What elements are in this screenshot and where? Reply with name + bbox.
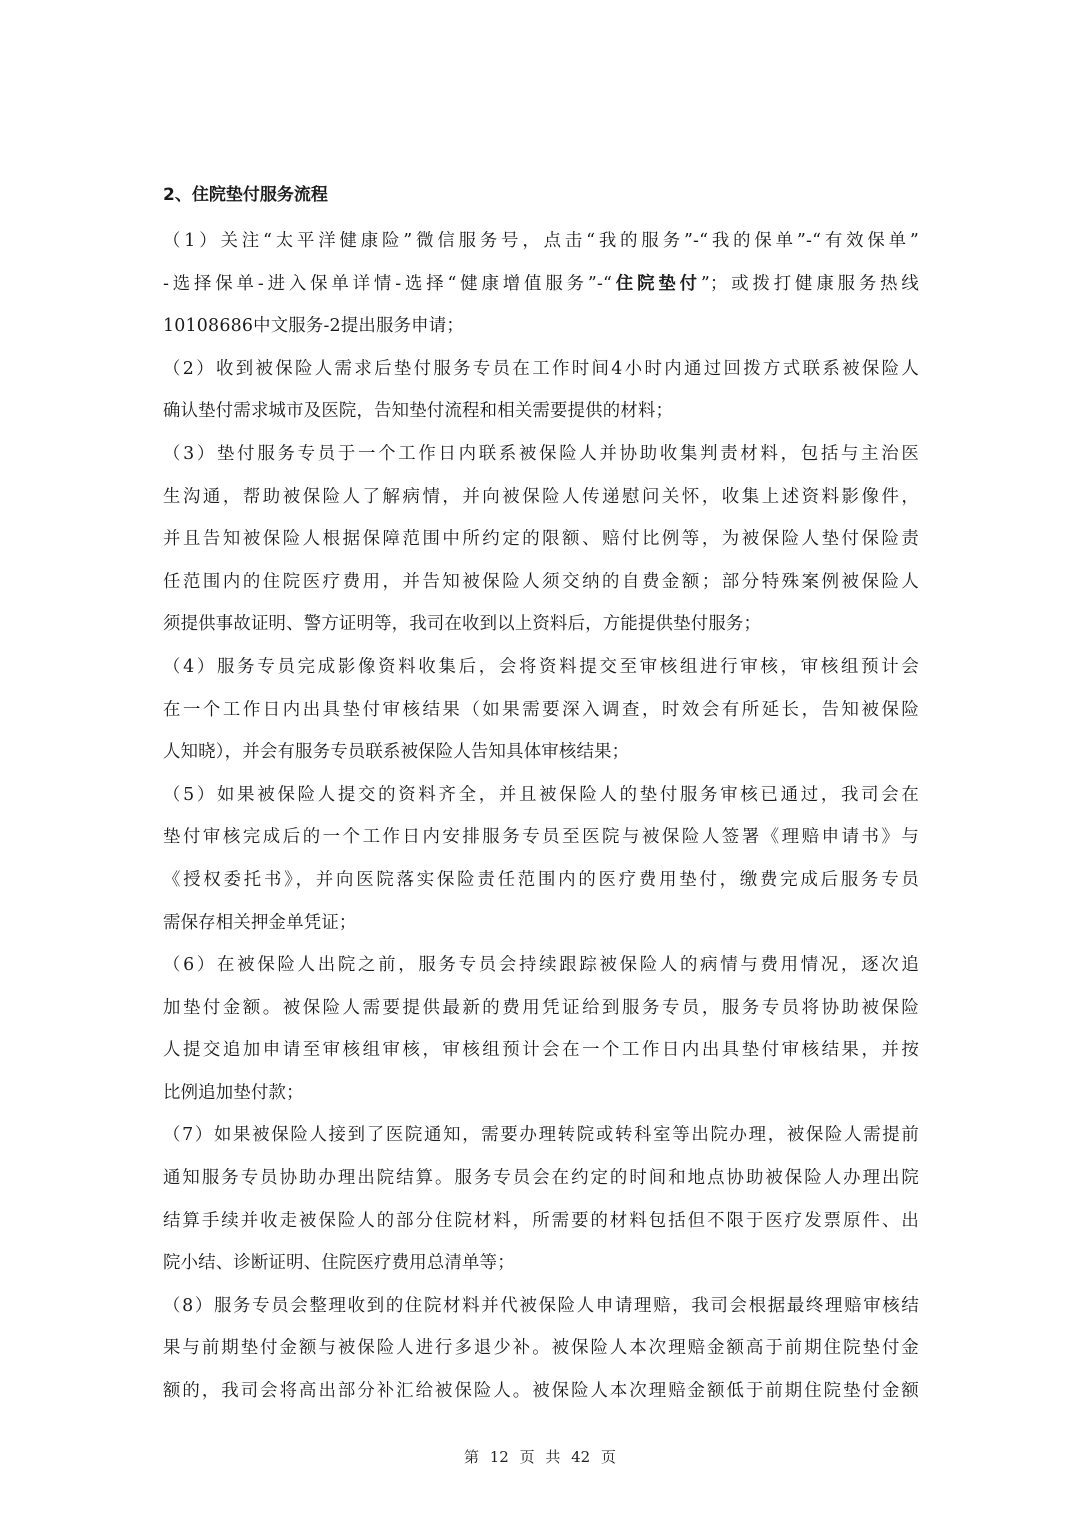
bold-term: 住院垫付 <box>612 274 701 294</box>
text-line: 院小结、诊断证明、住院医疗费用总清单等； <box>163 1242 919 1285</box>
text-line: 生沟通，帮助被保险人了解病情，并向被保险人传递慰问关怀，收集上述资料影像件， <box>163 476 919 519</box>
text-line: 加垫付金额。被保险人需要提供最新的费用凭证给到服务专员，服务专员将协助被保险 <box>163 987 919 1030</box>
text-line: 通知服务专员协助办理出院结算。服务专员会在约定的时间和地点协助被保险人办理出院 <box>163 1157 919 1200</box>
text-line: （3）垫付服务专员于一个工作日内联系被保险人并协助收集判责材料，包括与主治医 <box>163 433 919 476</box>
paragraph-step-6: （6）在被保险人出院之前，服务专员会持续跟踪被保险人的病情与费用情况，逐次追 加… <box>163 944 919 1114</box>
text-line: 确认垫付需求城市及医院，告知垫付流程和相关需要提供的材料； <box>163 390 919 433</box>
text-line: 在一个工作日内出具垫付审核结果（如果需要深入调查，时效会有所延长，告知被保险 <box>163 689 919 732</box>
text-line: 需保存相关押金单凭证； <box>163 902 919 945</box>
text-line: 人提交追加申请至审核组审核，审核组预计会在一个工作日内出具垫付审核结果，并按 <box>163 1029 919 1072</box>
text-line: （4）服务专员完成影像资料收集后，会将资料提交至审核组进行审核，审核组预计会 <box>163 646 919 689</box>
paragraph-step-1: （1）关注“太平洋健康险”微信服务号，点击“我的服务”-“我的保单”-“有效保单… <box>163 220 919 348</box>
text-span: -选择保单-进入保单详情-选择“健康增值服务”-“ <box>163 274 612 294</box>
text-line: 须提供事故证明、警方证明等，我司在收到以上资料后，方能提供垫付服务； <box>163 603 919 646</box>
text-line: 结算手续并收走被保险人的部分住院材料，所需要的材料包括但不限于医疗发票原件、出 <box>163 1200 919 1243</box>
text-line: 果与前期垫付金额与被保险人进行多退少补。被保险人本次理赔金额高于前期住院垫付金 <box>163 1327 919 1370</box>
paragraph-step-2: （2）收到被保险人需求后垫付服务专员在工作时间4小时内通过回拨方式联系被保险人 … <box>163 348 919 433</box>
text-line: 10108686中文服务-2提出服务申请； <box>163 305 919 348</box>
text-line: （7）如果被保险人接到了医院通知，需要办理转院或转科室等出院办理，被保险人需提前 <box>163 1114 919 1157</box>
text-line: （6）在被保险人出院之前，服务专员会持续跟踪被保险人的病情与费用情况，逐次追 <box>163 944 919 987</box>
text-line: 《授权委托书》，并向医院落实保险责任范围内的医疗费用垫付，缴费完成后服务专员 <box>163 859 919 902</box>
text-line: （8）服务专员会整理收到的住院材料并代被保险人申请理赔，我司会根据最终理赔审核结 <box>163 1285 919 1328</box>
text-line: 任范围内的住院医疗费用，并告知被保险人须交纳的自费金额；部分特殊案例被保险人 <box>163 561 919 604</box>
text-line: 并且告知被保险人根据保障范围中所约定的限额、赔付比例等，为被保险人垫付保险责 <box>163 518 919 561</box>
text-span: ”；或拨打健康服务热线 <box>701 274 919 294</box>
text-line: （1）关注“太平洋健康险”微信服务号，点击“我的服务”-“我的保单”-“有效保单… <box>163 220 919 263</box>
text-line: 额的，我司会将高出部分补汇给被保险人。被保险人本次理赔金额低于前期住院垫付金额 <box>163 1370 919 1413</box>
paragraph-step-4: （4）服务专员完成影像资料收集后，会将资料提交至审核组进行审核，审核组预计会 在… <box>163 646 919 774</box>
text-line: （5）如果被保险人提交的资料齐全，并且被保险人的垫付服务审核已通过，我司会在 <box>163 774 919 817</box>
text-line: 垫付审核完成后的一个工作日内安排服务专员至医院与被保险人签署《理赔申请书》与 <box>163 816 919 859</box>
paragraph-step-8: （8）服务专员会整理收到的住院材料并代被保险人申请理赔，我司会根据最终理赔审核结… <box>163 1285 919 1413</box>
page-number-footer: 第 12 页 共 42 页 <box>0 1446 1080 1467</box>
text-line: 比例追加垫付款； <box>163 1072 919 1115</box>
section-heading: 2、住院垫付服务流程 <box>163 178 919 212</box>
document-page: 2、住院垫付服务流程 （1）关注“太平洋健康险”微信服务号，点击“我的服务”-“… <box>163 178 919 1413</box>
text-line: 人知晓），并会有服务专员联系被保险人告知具体审核结果； <box>163 731 919 774</box>
paragraph-step-7: （7）如果被保险人接到了医院通知，需要办理转院或转科室等出院办理，被保险人需提前… <box>163 1114 919 1284</box>
text-line: -选择保单-进入保单详情-选择“健康增值服务”-“住院垫付”；或拨打健康服务热线 <box>163 263 919 306</box>
paragraph-step-5: （5）如果被保险人提交的资料齐全，并且被保险人的垫付服务审核已通过，我司会在 垫… <box>163 774 919 944</box>
text-line: （2）收到被保险人需求后垫付服务专员在工作时间4小时内通过回拨方式联系被保险人 <box>163 348 919 391</box>
paragraph-step-3: （3）垫付服务专员于一个工作日内联系被保险人并协助收集判责材料，包括与主治医 生… <box>163 433 919 646</box>
